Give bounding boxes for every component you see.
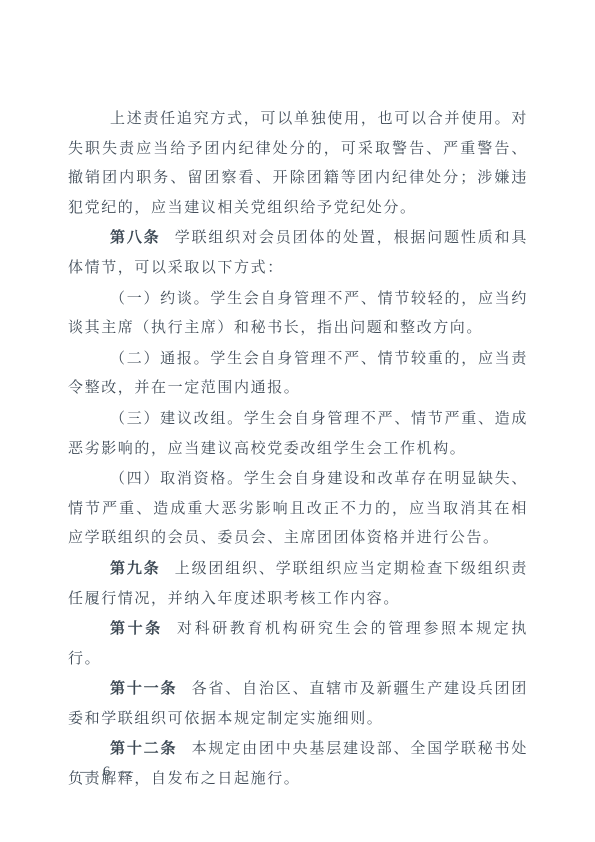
paragraph-text: （一）约谈。学生会自身管理不严、情节较轻的，应当约谈其主席（执行主席）和秘书长，… xyxy=(68,291,528,337)
paragraph: 第十条对科研教育机构研究生会的管理参照本规定执行。 xyxy=(68,614,528,674)
paragraph: （二）通报。学生会自身管理不严、情节较重的，应当责令整改，并在一定范围内通报。 xyxy=(68,344,528,404)
document-page: 上述责任追究方式，可以单独使用，也可以合并使用。对失职失责应当给予团内纪律处分的… xyxy=(0,0,595,842)
page-number: — 6 — xyxy=(80,764,135,781)
article-number: 第十一条 xyxy=(110,680,177,697)
article-number: 第九条 xyxy=(110,560,161,577)
paragraph: 第八条学联组织对会员团体的处置，根据问题性质和具体情节，可以采取以下方式： xyxy=(68,223,528,283)
paragraph-text: （三）建议改组。学生会自身管理不严、情节严重、造成恶劣影响的，应当建议高校党委改… xyxy=(68,411,528,457)
paragraph-text: （二）通报。学生会自身管理不严、情节较重的，应当责令整改，并在一定范围内通报。 xyxy=(68,351,528,397)
paragraph: 第九条上级团组织、学联组织应当定期检查下级组织责任履行情况，并纳入年度述职考核工… xyxy=(68,554,528,614)
paragraph: （一）约谈。学生会自身管理不严、情节较轻的，应当约谈其主席（执行主席）和秘书长，… xyxy=(68,284,528,344)
article-number: 第十条 xyxy=(110,620,163,637)
document-body: 上述责任追究方式，可以单独使用，也可以合并使用。对失职失责应当给予团内纪律处分的… xyxy=(68,104,528,795)
paragraph-text: 上述责任追究方式，可以单独使用，也可以合并使用。对失职失责应当给予团内纪律处分的… xyxy=(68,111,528,216)
article-number: 第十二条 xyxy=(110,740,177,757)
paragraph: （三）建议改组。学生会自身管理不严、情节严重、造成恶劣影响的，应当建议高校党委改… xyxy=(68,404,528,464)
paragraph: 上述责任追究方式，可以单独使用，也可以合并使用。对失职失责应当给予团内纪律处分的… xyxy=(68,104,528,223)
paragraph: 第十一条各省、自治区、直辖市及新疆生产建设兵团团委和学联组织可依据本规定制定实施… xyxy=(68,674,528,734)
article-number: 第八条 xyxy=(110,229,161,246)
paragraph-text: （四）取消资格。学生会自身建设和改革存在明显缺失、情节严重、造成重大恶劣影响且改… xyxy=(68,471,528,546)
paragraph: （四）取消资格。学生会自身建设和改革存在明显缺失、情节严重、造成重大恶劣影响且改… xyxy=(68,464,528,554)
paragraph: 第十二条本规定由团中央基层建设部、全国学联秘书处负责解释，自发布之日起施行。 xyxy=(68,734,528,794)
